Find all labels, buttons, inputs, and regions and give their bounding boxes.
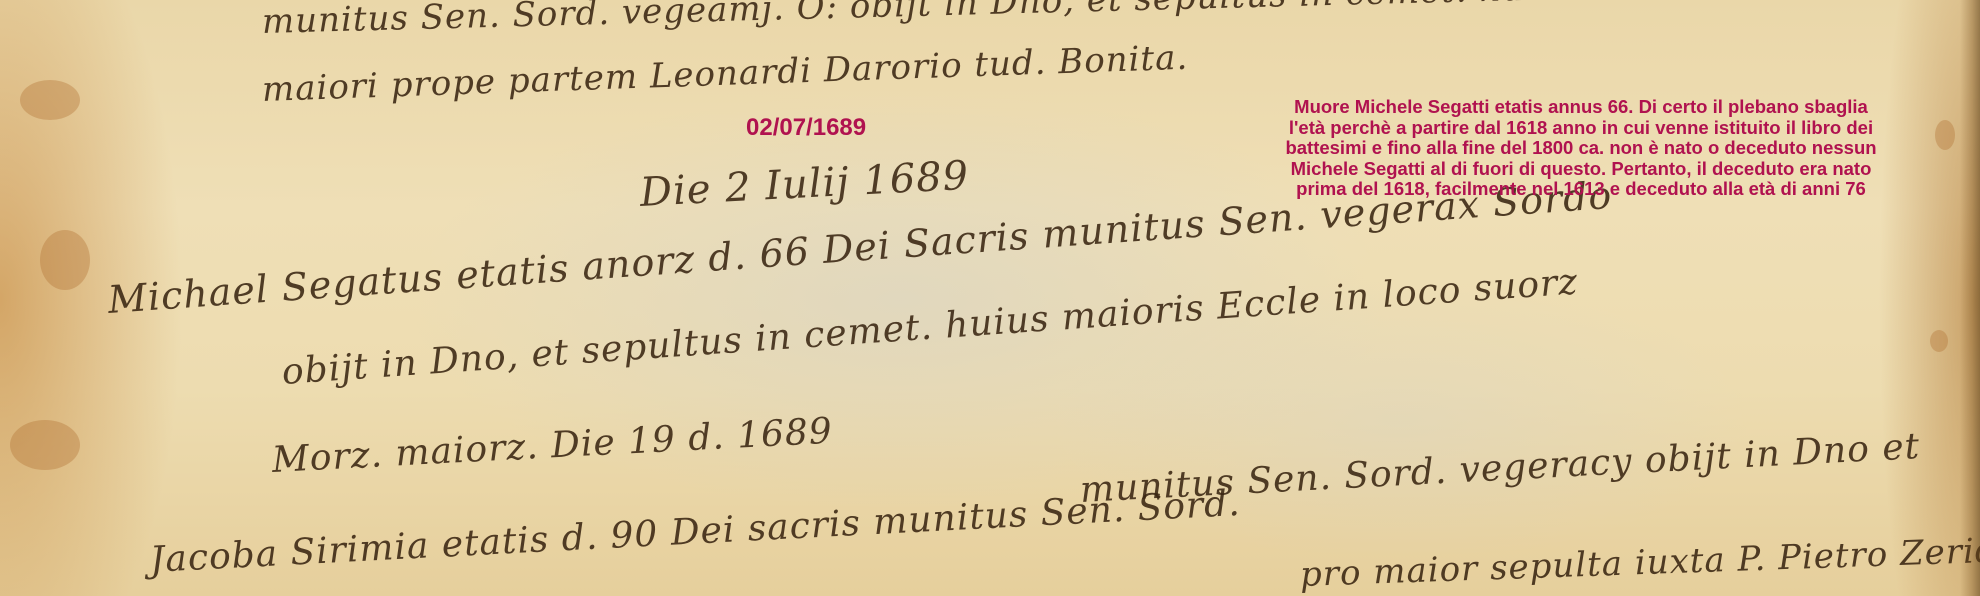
note-line: l'età perchè a partire dal 1618 anno in … (1182, 118, 1980, 139)
paper-stain (40, 230, 90, 290)
note-line: prima del 1618, facilmente nel 1613 e de… (1182, 179, 1980, 200)
handwritten-line: Morz. maiorz. Die 19 d. 1689 (271, 411, 834, 481)
note-line: battesimi e fino alla fine del 1800 ca. … (1182, 138, 1980, 159)
handwritten-line: Die 2 Iulij 1689 (639, 153, 970, 216)
manuscript-page: munitus Sen. Sord. vegeamj. O: obijt in … (0, 0, 1980, 596)
handwritten-line: munitus Sen. Sord. vegeamj. O: obijt in … (261, 0, 1689, 42)
transcription-note: Muore Michele Segatti etatis annus 66. D… (1182, 97, 1980, 200)
paper-stain (1930, 330, 1948, 352)
handwritten-line: Jacoba Sirimia etatis d. 90 Dei sacris m… (149, 483, 1242, 581)
handwritten-line: maiori prope partem Leonardi Darorio tud… (261, 38, 1189, 110)
page-binding-edge (1960, 0, 1980, 596)
paper-stain (10, 420, 80, 470)
date-annotation: 02/07/1689 (746, 114, 866, 142)
note-line: Muore Michele Segatti etatis annus 66. D… (1182, 97, 1980, 118)
note-line: Michele Segatti al di fuori di questo. P… (1182, 159, 1980, 180)
paper-stain (20, 80, 80, 120)
handwritten-line: pro maior sepulta iuxta P. Pietro Zerida (1299, 530, 1980, 595)
